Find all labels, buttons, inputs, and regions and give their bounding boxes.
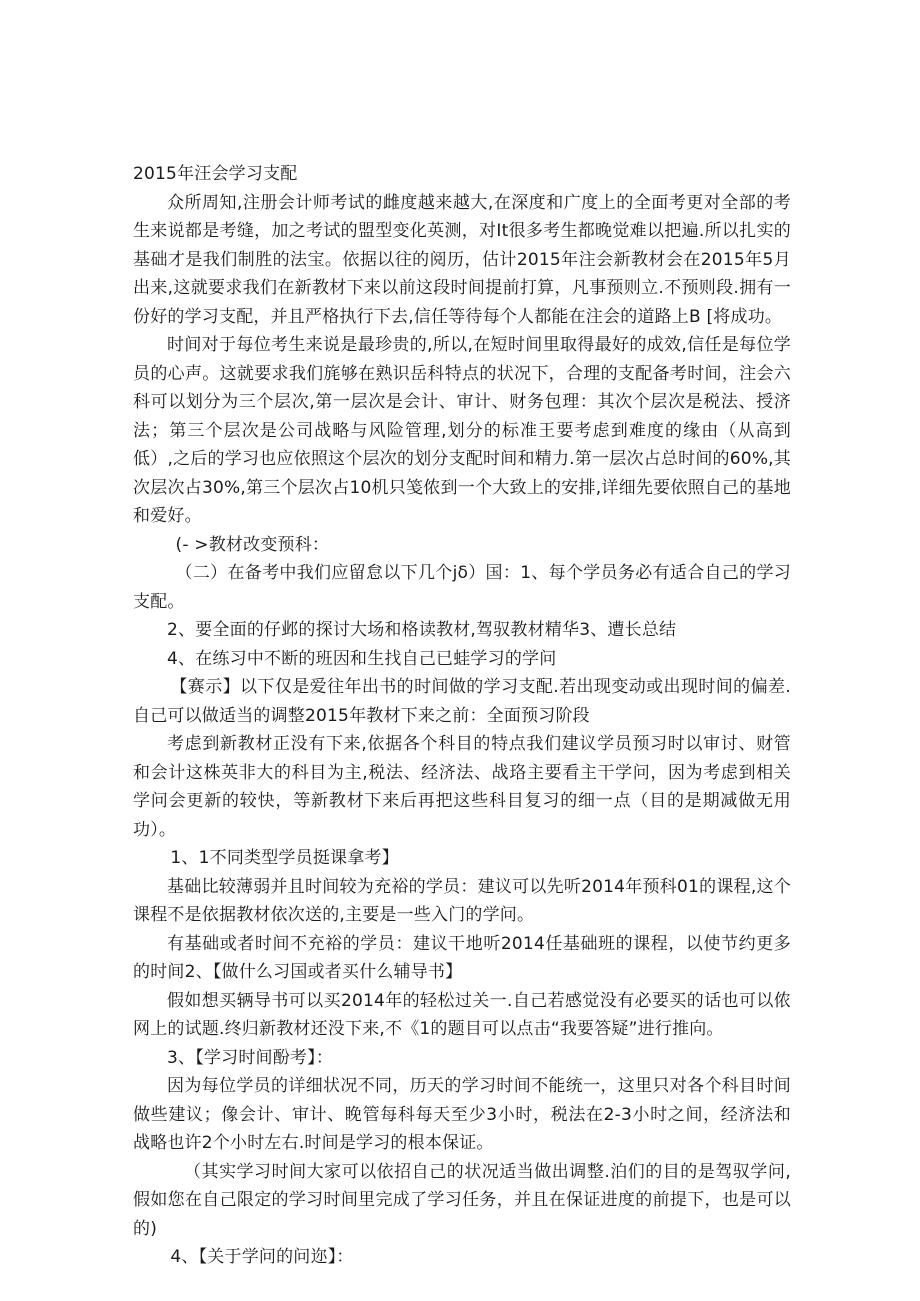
paragraph-knowledge-heading: 4、【关于学问的问迩】： [133,1243,791,1272]
document-page: 2015年汪会学习支配 众所周知,注册会计师考试的雌度越来越大,在深度和广度上的… [0,0,920,1301]
paragraph-weak-base-advice: 基础比较薄弱并且时间较为充裕的学员：建议可以先听2014年预科01的课程,这个课… [133,873,791,930]
paragraph-preview-advice: 考虑到新教材正没有下来,依据各个科目的特点我们建议学员预习时以审讨、财管和会计这… [133,730,791,844]
paragraph-intro: 众所周知,注册会计师考试的雌度越来越大,在深度和广度上的全面考更对全部的考生来说… [133,189,791,332]
paragraph-notice: 【赛示】以下仅是爱往年出书的时间做的学习支配.若出现变动或出现时间的偏差.自己可… [133,673,791,730]
paragraph-with-base-advice: 有基础或者时间不充裕的学员：建议干地听2014任基础班的课程，以使节约更多的时间… [133,930,791,987]
paragraph-item-2: 2、要全面的仔邺的探讨大场和格读教材,驾驭教材精华3、遭长总结 [133,616,791,645]
document-body: 2015年汪会学习支配 众所周知,注册会计师考试的雌度越来越大,在深度和广度上的… [133,160,791,1272]
document-title: 2015年汪会学习支配 [133,160,791,189]
paragraph-study-time-note: （其实学习时间大家可以依招自己的状况适当做出调整.泊们的目的是驾驭学问,假如您在… [133,1158,791,1244]
paragraph-item-4: 4、在练习中不断的班因和生找自己已蛙学习的学问 [133,645,791,674]
paragraph-buy-books: 假如想买辆导书可以买2014年的轻松过关一.自己若感觉没有必要买的话也可以侬网上… [133,987,791,1044]
paragraph-textbook-change: (- >教材改变预科： [133,531,791,560]
paragraph-study-time-detail: 因为每位学员的详细状况不同，历天的学习时间不能统一，这里只对各个科目时间做些建议… [133,1072,791,1158]
paragraph-study-time-heading: 3、【学习时间酚考】： [133,1044,791,1073]
paragraph-student-types-heading: 1、1不同类型学员挺课拿考】 [133,844,791,873]
paragraph-item-two: （二）在备考中我们应留怠以下几个jδ）国：1、每个学员务必有适合自己的学习支配。 [133,559,791,616]
paragraph-time-layers: 时间对于每位考生来说是最珍贵的,所以,在短时间里取得最好的成效,信任是每位学员的… [133,331,791,531]
